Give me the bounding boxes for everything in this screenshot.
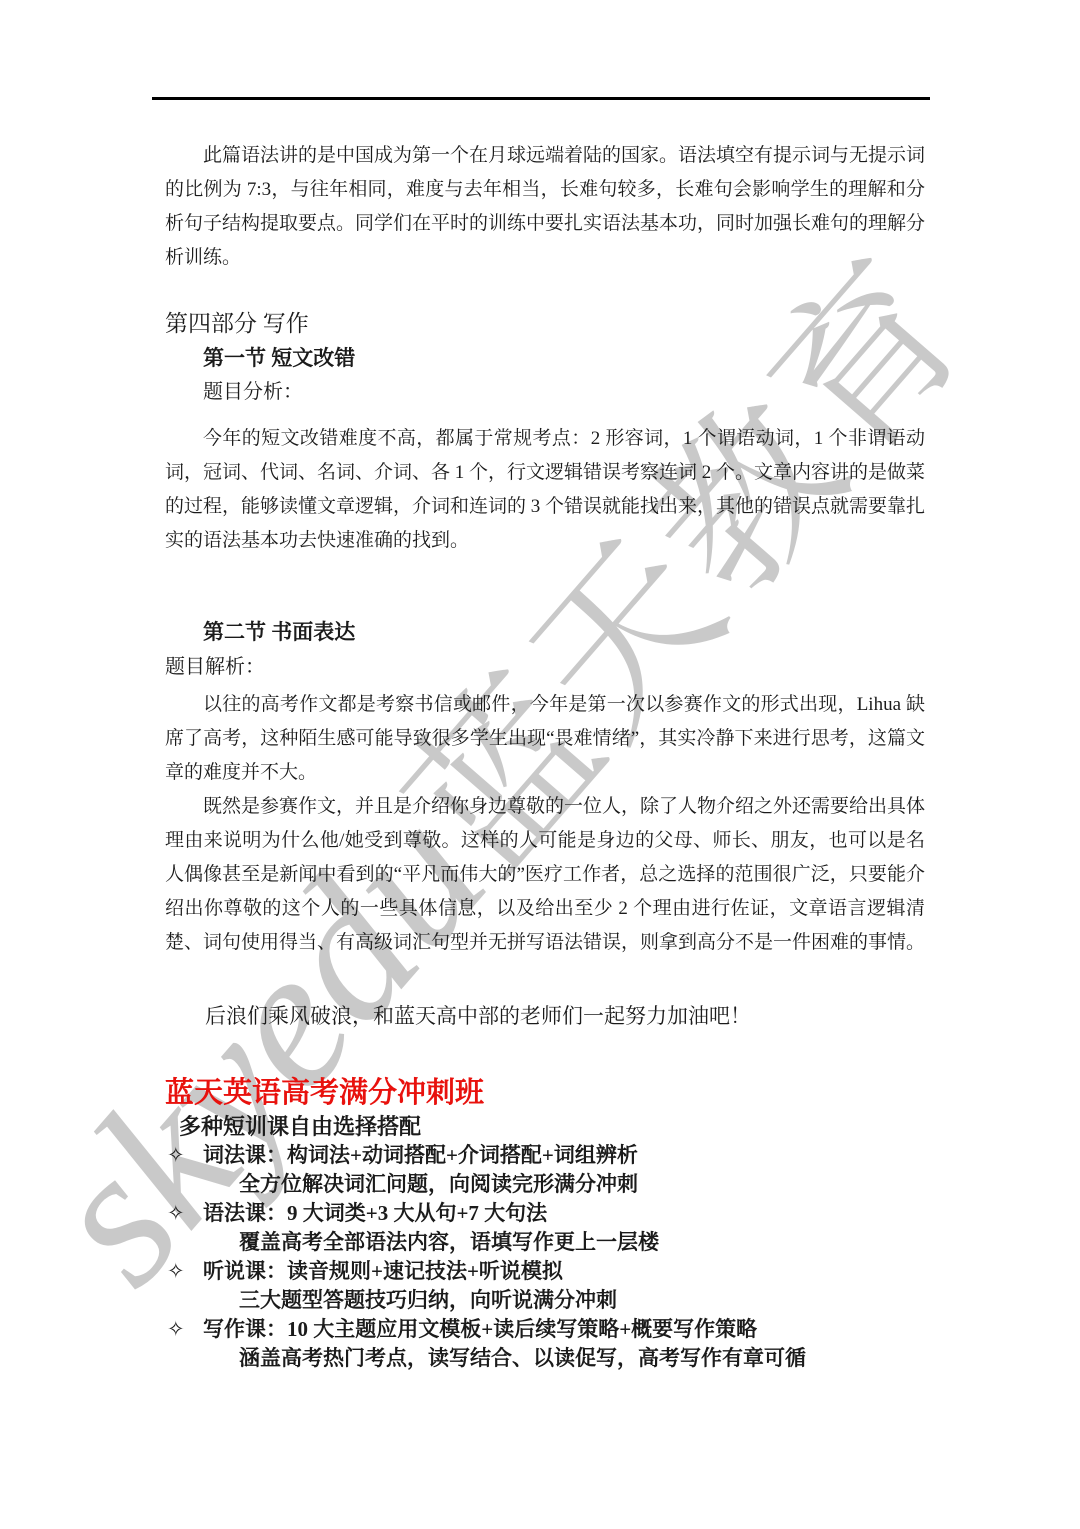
slogan-text: 后浪们乘风破浪，和蓝天高中部的老师们一起努力加油吧！ xyxy=(205,999,925,1033)
diamond-bullet-icon: ✧ xyxy=(167,1141,185,1170)
course-item: ✧写作课：10 大主题应用文模板+读后续写策略+概要写作策略 涵盖高考热门考点，… xyxy=(165,1315,925,1373)
document-page: skyedu蓝天教育 此篇语法讲的是中国成为第一个在月球远端着陆的国家。语法填空… xyxy=(0,0,1080,1529)
course-main-line: ✧写作课：10 大主题应用文模板+读后续写策略+概要写作策略 xyxy=(165,1315,925,1344)
course-item: ✧语法课：9 大词类+3 大从句+7 大句法 覆盖高考全部语法内容，语填写作更上… xyxy=(165,1199,925,1257)
course-item: ✧听说课：读音规则+速记技法+听说模拟 三大题型答题技巧归纳，向听说满分冲刺 xyxy=(165,1257,925,1315)
section1-analysis-label: 题目分析： xyxy=(203,377,925,407)
section2-paragraph-1: 以往的高考作文都是考察书信或邮件，今年是第一次以参赛作文的形式出现，Lihua … xyxy=(165,688,925,790)
course-detail: 三大题型答题技巧归纳，向听说满分冲刺 xyxy=(165,1286,925,1315)
course-main-line: ✧语法课：9 大词类+3 大从句+7 大句法 xyxy=(165,1199,925,1228)
course-detail: 覆盖高考全部语法内容，语填写作更上一层楼 xyxy=(165,1228,925,1257)
course-list: ✧词法课：构词法+动词搭配+介词搭配+词组辨析 全方位解决词汇问题，向阅读完形满… xyxy=(165,1141,925,1373)
diamond-bullet-icon: ✧ xyxy=(167,1257,185,1286)
course-content: 10 大主题应用文模板+读后续写策略+概要写作策略 xyxy=(287,1317,757,1341)
course-item: ✧词法课：构词法+动词搭配+介词搭配+词组辨析 全方位解决词汇问题，向阅读完形满… xyxy=(165,1141,925,1199)
diamond-bullet-icon: ✧ xyxy=(167,1199,185,1228)
course-label: 词法课： xyxy=(203,1143,287,1167)
course-detail: 涵盖高考热门考点，读写结合、以读促写，高考写作有章可循 xyxy=(165,1344,925,1373)
course-detail: 全方位解决词汇问题，向阅读完形满分冲刺 xyxy=(165,1170,925,1199)
part4-heading: 第四部分 写作 xyxy=(165,309,925,339)
course-main-line: ✧词法课：构词法+动词搭配+介词搭配+词组辨析 xyxy=(165,1141,925,1170)
course-label: 语法课： xyxy=(203,1201,287,1225)
course-content: 9 大词类+3 大从句+7 大句法 xyxy=(287,1201,547,1225)
section1-paragraph: 今年的短文改错难度不高，都属于常规考点：2 形容词，1 个谓语动词，1 个非谓语… xyxy=(165,422,925,558)
intro-paragraph: 此篇语法讲的是中国成为第一个在月球远端着陆的国家。语法填空有提示词与无提示词的比… xyxy=(165,139,925,275)
course-label: 写作课： xyxy=(203,1317,287,1341)
section2-paragraph-2: 既然是参赛作文，并且是介绍你身边尊敬的一位人，除了人物介绍之外还需要给出具体理由… xyxy=(165,790,925,960)
section2-heading: 第二节 书面表达 xyxy=(203,617,925,647)
section1-heading: 第一节 短文改错 xyxy=(203,343,925,373)
promo-subtitle: 多种短训课自由选择搭配 xyxy=(179,1112,925,1141)
promo-title: 蓝天英语高考满分冲刺班 xyxy=(165,1075,925,1111)
section2-analysis-label: 题目解析： xyxy=(165,652,925,682)
diamond-bullet-icon: ✧ xyxy=(167,1315,185,1344)
course-content: 构词法+动词搭配+介词搭配+词组辨析 xyxy=(287,1143,638,1167)
course-content: 读音规则+速记技法+听说模拟 xyxy=(287,1259,563,1283)
document-content: 此篇语法讲的是中国成为第一个在月球远端着陆的国家。语法填空有提示词与无提示词的比… xyxy=(0,0,1080,1373)
course-label: 听说课： xyxy=(203,1259,287,1283)
course-main-line: ✧听说课：读音规则+速记技法+听说模拟 xyxy=(165,1257,925,1286)
